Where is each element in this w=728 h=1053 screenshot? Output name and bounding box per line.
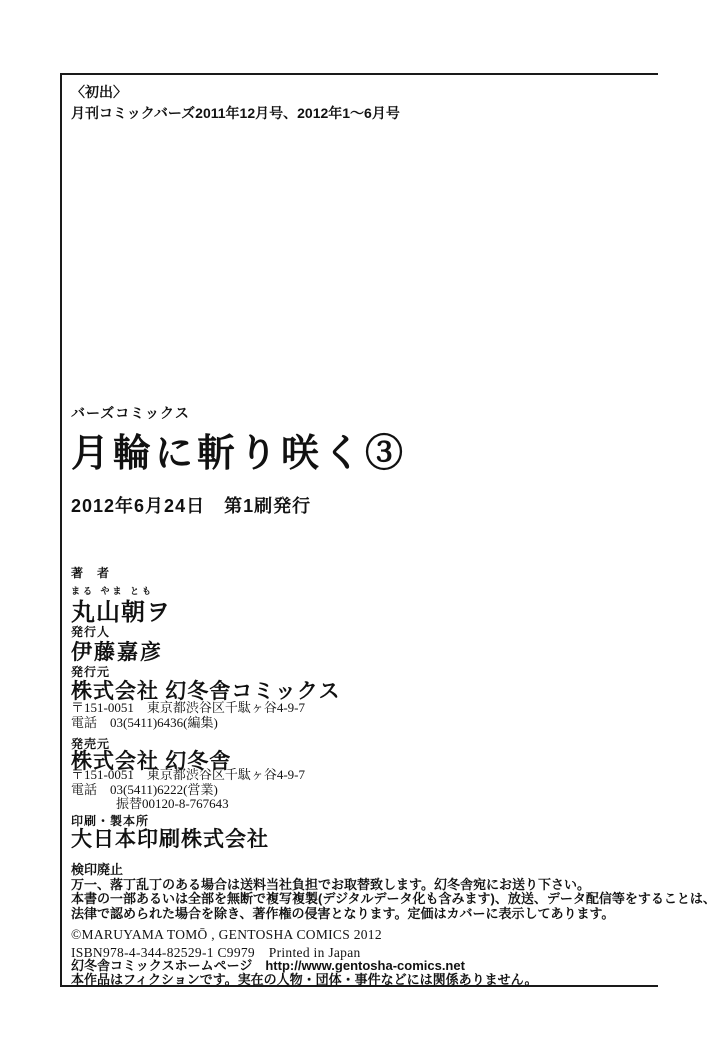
first-publication-label: 〈初出〉: [71, 82, 400, 103]
book-title: 月輪に斬り咲く③: [71, 422, 407, 477]
fiction-disclaimer: 本作品はフィクションです。実在の人物・団体・事件などには関係ありません。: [71, 969, 537, 988]
kenin-haishi-note: 検印廃止: [71, 863, 716, 878]
publisher-person-name: 伊藤嘉彦: [71, 636, 163, 666]
distributor-phone: 電話 03(5411)6222(営業): [71, 782, 218, 797]
author-label: 著 者: [71, 564, 110, 581]
printer-name: 大日本印刷株式会社: [71, 823, 269, 853]
distributor-postal-transfer: 振替00120-8-767643: [71, 796, 229, 811]
print-date-edition: 2012年6月24日 第1刷発行: [71, 492, 311, 518]
series-name: バーズコミックス: [71, 403, 190, 423]
first-publication-issues: 月刊コミックバーズ2011年12月号、2012年1〜6月号: [71, 103, 400, 124]
author-name: 丸山朝ヲ: [71, 592, 171, 627]
publisher-phone: 電話 03(5411)6436(編集): [71, 715, 218, 730]
distributor-address: 〒151-0051 東京都渋谷区千駄ヶ谷4-9-7: [71, 767, 305, 782]
first-publication-block: 〈初出〉 月刊コミックバーズ2011年12月号、2012年1〜6月号: [71, 82, 400, 124]
colophon-frame: 〈初出〉 月刊コミックバーズ2011年12月号、2012年1〜6月号 バーズコミ…: [60, 73, 658, 987]
copyright-warning-line2: 法律で認められた場合を除き、著作権の侵害となります。定価はカバーに表示してありま…: [71, 907, 716, 922]
legal-notice-block: 検印廃止 万一、落丁乱丁のある場合は送料当社負担でお取替致します。幻冬舎宛にお送…: [71, 863, 716, 922]
replacement-note: 万一、落丁乱丁のある場合は送料当社負担でお取替致します。幻冬舎宛にお送り下さい。: [71, 878, 716, 893]
copyright-warning-line1: 本書の一部あるいは全部を無断で複写複製(デジタルデータ化も含みます)、放送、デー…: [71, 892, 716, 907]
scanned-colophon-page: { "colors": { "ink": "#111111", "paper":…: [0, 0, 728, 1053]
publisher-address: 〒151-0051 東京都渋谷区千駄ヶ谷4-9-7: [71, 700, 305, 715]
